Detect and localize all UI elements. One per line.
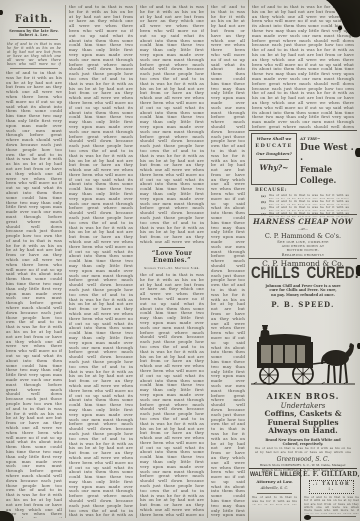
miller-rule xyxy=(257,493,291,494)
college-reason-item: (b)the of and to in that is was he for i… xyxy=(261,200,349,205)
miller-title: Attorney at Law. xyxy=(250,479,299,484)
headline-rule xyxy=(18,27,50,28)
college-name-panel: AT THE~ Due West . . Female College. xyxy=(297,133,355,185)
reason-text: the of and to in that is was he for it w… xyxy=(269,206,349,211)
aiken-body-line: Colored, respectively. xyxy=(251,442,355,446)
newspaper-page: Faith. Sermon by the late Rev. Robert A.… xyxy=(0,0,360,521)
aiken-fine-print: the of and to in that is was he for it w… xyxy=(255,447,351,455)
college-reason-item: (d)the of and to in that is was he for i… xyxy=(261,212,349,217)
chills-cured-ad: CHILLS CURED! Johnson Chill and Fever Cu… xyxy=(249,258,357,317)
body-text-column-3-lower: the of and to in that is was he for it w… xyxy=(140,273,204,518)
college-reason-item: (c)the of and to in that is was he for i… xyxy=(261,206,349,211)
harness-at: —AT— xyxy=(251,227,355,231)
chills-body-line: no pay. Money refunded at once. xyxy=(254,293,352,298)
college-q-line2: EDUCATE xyxy=(253,143,295,149)
miller-name: WALTER L. MILLER, xyxy=(250,471,299,478)
aiken-body: Brand New Hearses for Both White and Col… xyxy=(251,438,355,447)
aiken-line: Always on Hand. xyxy=(251,427,355,436)
reason-text: the of and to in that is was he for it w… xyxy=(269,212,349,217)
college-q-line3: Our Daughters? xyxy=(253,151,295,156)
gilliard-fine-print: the of and to in that is was he for it w… xyxy=(304,496,359,514)
list-marker: (c) xyxy=(261,206,269,211)
harness-hammond-ad: HARNESS CHEAP NOW —AT— C. P. Hammond & C… xyxy=(249,214,357,258)
reason-text: the of and to in that is was he for it w… xyxy=(269,200,349,205)
miller-city: Abbeville, S. C. xyxy=(250,486,299,490)
faith-article-header: Faith. Sermon by the late Rev. Robert A.… xyxy=(6,5,62,71)
article-text-area: Faith. Sermon by the late Rev. Robert A.… xyxy=(3,5,248,518)
body-text-column-1: the of and to in that is was he for it w… xyxy=(6,71,62,518)
college-name-line2: Female xyxy=(300,164,355,174)
section-rule xyxy=(159,247,185,248)
body-text-column-4: the of and to in that is was he for it w… xyxy=(211,5,245,518)
walter-miller-ad: WALTER L. MILLER, Attorney at Law. Abbev… xyxy=(249,469,301,521)
text-column-1: Faith. Sermon by the late Rev. Robert A.… xyxy=(3,5,66,518)
gilliard-tailor-label: .: TAILOR :. xyxy=(309,480,354,494)
faith-byline: Sermon by the late Rev. Robert A. Lee. xyxy=(6,29,62,37)
horse-drawn-hearse-icon xyxy=(251,322,355,388)
college-because-label: BECAUSE: xyxy=(255,188,355,193)
college-q-line1: Where Shall we xyxy=(253,136,295,141)
list-marker: (b) xyxy=(261,200,269,205)
aiken-bros-ad: AIKEN BROS. Undertakers Coffins, Caskets… xyxy=(249,389,357,468)
body-text-column-3-upper: the of and to in that is was he for it w… xyxy=(140,5,204,243)
flourish-rule xyxy=(259,159,288,160)
byline-rule xyxy=(10,39,58,40)
college-why: Why?~ xyxy=(253,163,295,172)
text-column-4: the of and to in that is was he for it w… xyxy=(208,5,248,518)
list-marker: (a) xyxy=(261,194,269,199)
harness-headline: HARNESS CHEAP NOW xyxy=(251,217,355,226)
preface-rule xyxy=(10,68,58,69)
chills-headline: CHILLS CURED! xyxy=(251,263,355,282)
gilliard-name: E. F. GILLIARD, xyxy=(303,471,360,478)
text-column-2: the of and to in that is was he for it w… xyxy=(66,5,137,518)
love-headline: “Love Your Enemies.” xyxy=(140,250,204,264)
college-name-line1: Due West . . xyxy=(300,143,355,163)
text-column-3: the of and to in that is was he for it w… xyxy=(137,5,208,518)
faith-preface-text: the of and to in that is was he for it w… xyxy=(7,42,61,66)
due-west-college-ad: Where Shall we EDUCATE Our Daughters? Wh… xyxy=(249,130,357,214)
college-at-the: AT THE~ xyxy=(300,136,355,141)
faith-headline: Faith. xyxy=(6,14,62,25)
reason-text: the of and to in that is was he for it w… xyxy=(269,194,349,199)
advertisement-column: the of and to in that is was he for it w… xyxy=(248,0,357,521)
love-article-header: “Love Your Enemies.” Sermon Text—St. Mat… xyxy=(140,245,204,273)
gilliard-tailor-ad: E. F. GILLIARD, .: TAILOR :. the of and … xyxy=(301,469,360,521)
college-name-line3: College. xyxy=(300,175,355,185)
aiken-city: Greenwood, S. C. xyxy=(251,456,355,463)
harness-company: C. P. Hammond & Co's. xyxy=(251,232,355,240)
gilliard-rule xyxy=(307,516,355,517)
miller-fine-print: the of and to in that is was he for it w… xyxy=(252,496,297,505)
college-question-box: Where Shall we EDUCATE Our Daughters? Wh… xyxy=(251,133,297,185)
hearse-illustration xyxy=(249,317,357,389)
love-subtitle: Sermon Text—St. Matthew 5:44. xyxy=(140,266,204,270)
body-text-column-2: the of and to in that is was he for it w… xyxy=(69,5,133,518)
chills-body: Johnson Chill and Fever Cure is a sure c… xyxy=(254,284,352,298)
college-reason-item: (a)the of and to in that is was he for i… xyxy=(261,194,349,199)
body-text-above-ads: the of and to in that is was he for it w… xyxy=(249,0,357,130)
chills-signature: P. B. SPEED. xyxy=(251,300,355,309)
bottom-ad-row: WALTER L. MILLER, Attorney at Law. Abbev… xyxy=(249,468,357,521)
aiken-name: AIKEN BROS. xyxy=(251,391,355,401)
